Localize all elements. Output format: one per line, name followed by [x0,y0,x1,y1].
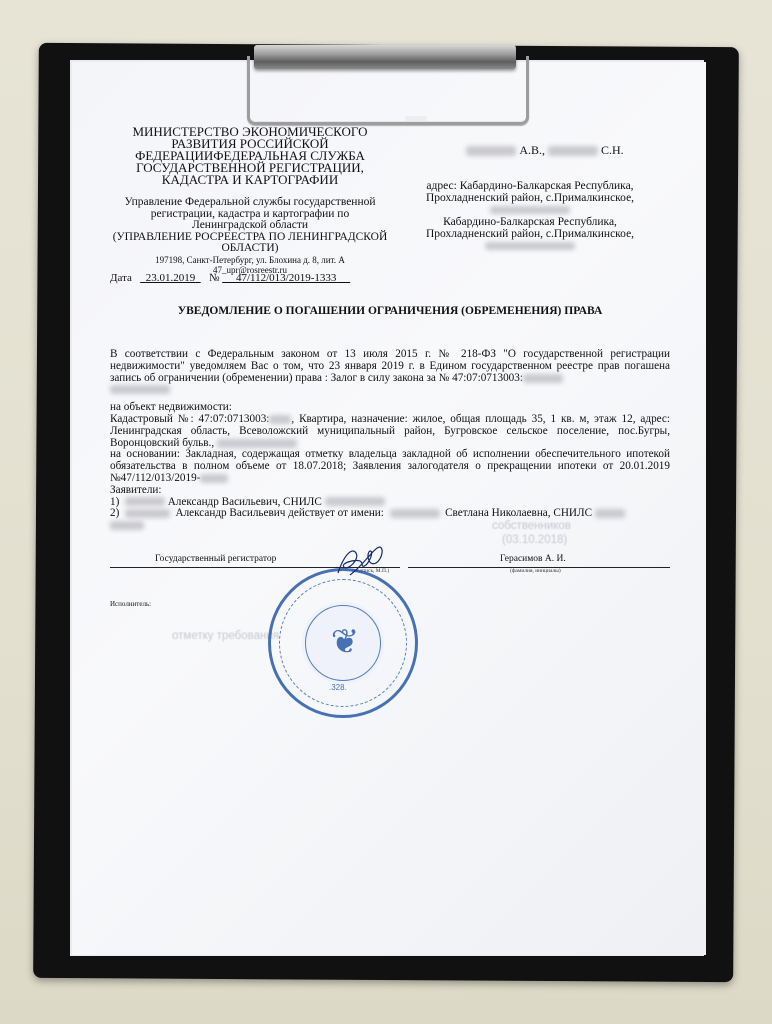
address-line: Прохладненский район, с.Прималкинское, [405,192,655,204]
department-address: 197198, Санкт-Петербург, ул. Блохина д. … [100,255,400,265]
document-body: В соответствии с Федеральным законом от … [110,349,670,532]
number-label: № [209,272,220,284]
handwritten-signature [330,545,390,577]
show-through-text: (03.10.2018) [502,534,567,546]
applicant-item: 2) Александр Васильевич действует от име… [110,508,670,532]
intro-paragraph: В соответствии с Федеральным законом от … [110,349,670,396]
document-title: УВЕДОМЛЕНИЕ О ПОГАШЕНИИ ОГРАНИЧЕНИЯ (ОБР… [100,305,680,317]
cadastral-info: Кадастровый №: 47:07:0713003:, Квартира,… [110,414,670,449]
ministry-header: МИНИСТЕРСТВО ЭКОНОМИЧЕСКОГО РАЗВИТИЯ РОС… [100,126,400,186]
stamp-number: .328. [329,683,347,692]
department-line: ОБЛАСТИ) [100,243,400,255]
clip-lever [405,116,427,121]
registrar-label: Государственный регистратор [155,554,276,564]
address-line: адрес: Кабардино-Балкарская Республика, [405,180,655,192]
number-value: 47/112/013/2019-1333 [222,272,350,284]
date-label: Дата [110,272,132,284]
name-caption: (фамилия, инициалы) [510,568,561,574]
redacted-name [548,146,598,156]
basis-paragraph: на основании: Закладная, содержащая отме… [110,449,670,484]
ministry-line: КАДАСТРА И КАРТОГРАФИИ [100,174,400,186]
recipient-initials: С.Н. [601,143,624,157]
eagle-emblem-icon: ❦ [323,621,367,665]
department-line: Управление Федеральной службы государств… [100,197,400,209]
address-line: Прохладненский район, с.Прималкинское, [405,228,655,240]
department-line: Ленинградской области [100,220,400,232]
address-line: Кабардино-Балкарская Республика, [405,216,655,228]
registrar-name: Герасимов А. И. [500,554,566,564]
date-number-line: Дата 23.01.2019 № 47/112/013/2019-1333 [110,272,350,284]
redacted-name [466,146,516,156]
recipients: А.В., С.Н. [430,143,660,158]
show-through-text: отметку требования [172,630,279,642]
recipient-address: адрес: Кабардино-Балкарская Республика, … [405,180,655,252]
clip-bar [254,45,516,69]
recipient-initials: А.В., [519,143,545,157]
redacted-address [485,242,575,250]
date-value: 23.01.2019 [140,272,201,284]
department-header: Управление Федеральной службы государств… [100,197,400,275]
executor-label: Исполнитель: [110,600,151,608]
official-stamp: ❦ .328. [268,568,418,718]
redacted-address [490,206,570,214]
